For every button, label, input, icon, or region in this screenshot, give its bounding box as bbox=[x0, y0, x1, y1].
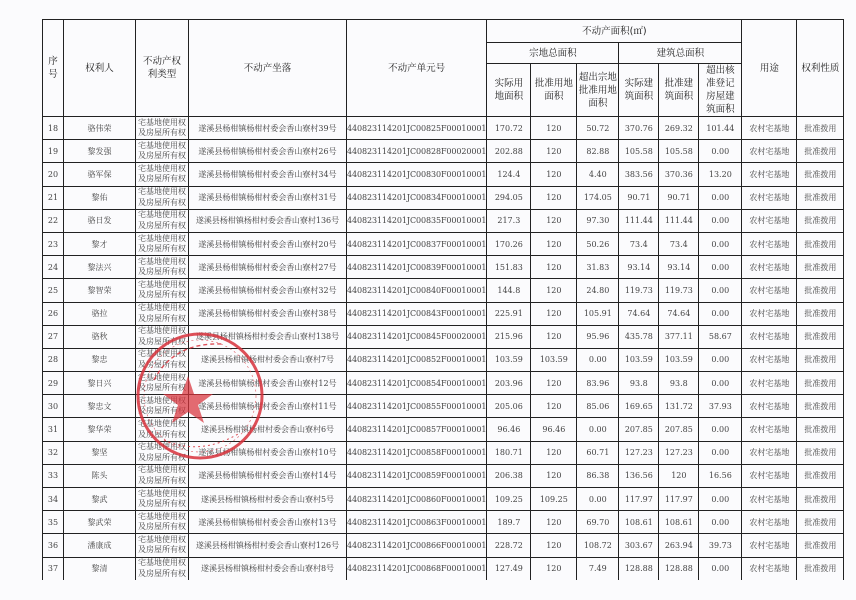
row-nature: 批准拨用 bbox=[797, 232, 844, 255]
row-nature: 批准拨用 bbox=[797, 163, 844, 186]
row-right-type: 宅基地使用权及房屋所有权 bbox=[136, 395, 189, 418]
row-unit-no: 440823114201JC00839F00010001 bbox=[347, 256, 487, 279]
row-right-type: 宅基地使用权及房屋所有权 bbox=[136, 534, 189, 557]
row-nature: 批准拨用 bbox=[797, 464, 844, 487]
row-bld-excess: 0.00 bbox=[699, 557, 742, 580]
row-location: 遂溪县杨柑镇杨柑村委会香山寮村14号 bbox=[189, 464, 347, 487]
row-land-actual: 109.25 bbox=[487, 488, 531, 511]
row-unit-no: 440823114201JC00834F00010001 bbox=[347, 186, 487, 209]
row-land-excess: 50.72 bbox=[577, 117, 619, 140]
header-land-excess: 超出宗地批准用地面积 bbox=[577, 64, 619, 117]
row-bld-approved: 93.8 bbox=[659, 372, 699, 395]
row-unit-no: 440823114201JC00845F00020001 bbox=[347, 325, 487, 348]
row-seq: 29 bbox=[43, 372, 64, 395]
row-owner: 骆伟荣 bbox=[64, 117, 136, 140]
table-row: 33陈头宅基地使用权及房屋所有权遂溪县杨柑镇杨柑村委会香山寮村14号440823… bbox=[43, 464, 844, 487]
table-row: 29黎日兴宅基地使用权及房屋所有权遂溪县杨柑镇杨柑村委会香山寮村12号44082… bbox=[43, 372, 844, 395]
row-land-approved: 120 bbox=[531, 209, 577, 232]
row-unit-no: 440823114201JC00830F00010001 bbox=[347, 163, 487, 186]
row-land-approved: 120 bbox=[531, 441, 577, 464]
row-owner: 黎忠文 bbox=[64, 395, 136, 418]
row-land-excess: 105.91 bbox=[577, 302, 619, 325]
header-bld-actual: 实际建筑面积 bbox=[619, 64, 659, 117]
row-bld-approved: 128.88 bbox=[659, 557, 699, 580]
row-location: 遂溪县杨柑镇杨柑村委会香山寮村27号 bbox=[189, 256, 347, 279]
row-seq: 24 bbox=[43, 256, 64, 279]
header-location: 不动产坐落 bbox=[189, 20, 347, 117]
row-location: 遂溪县杨柑镇杨柑村委会香山寮村13号 bbox=[189, 511, 347, 534]
row-land-actual: 151.83 bbox=[487, 256, 531, 279]
row-use: 农村宅基地 bbox=[742, 557, 797, 580]
row-bld-approved: 119.73 bbox=[659, 279, 699, 302]
row-use: 农村宅基地 bbox=[742, 163, 797, 186]
property-registry-table: 序号 权利人 不动产权利类型 不动产坐落 不动产单元号 不动产面积(㎡) 用途 … bbox=[42, 19, 844, 580]
row-bld-actual: 303.67 bbox=[619, 534, 659, 557]
row-land-excess: 83.96 bbox=[577, 372, 619, 395]
row-land-approved: 109.25 bbox=[531, 488, 577, 511]
row-land-approved: 120 bbox=[531, 511, 577, 534]
row-location: 遂溪县杨柑镇杨柑村委会香山寮村5号 bbox=[189, 488, 347, 511]
table-row: 30黎忠文宅基地使用权及房屋所有权遂溪县杨柑镇杨柑村委会香山寮村11号44082… bbox=[43, 395, 844, 418]
row-unit-no: 440823114201JC00858F00010001 bbox=[347, 441, 487, 464]
row-location: 遂溪县杨柑镇杨柑村委会香山寮村11号 bbox=[189, 395, 347, 418]
row-bld-actual: 435.78 bbox=[619, 325, 659, 348]
row-land-excess: 31.83 bbox=[577, 256, 619, 279]
row-land-excess: 7.49 bbox=[577, 557, 619, 580]
row-nature: 批准拨用 bbox=[797, 557, 844, 580]
header-area-group: 不动产面积(㎡) bbox=[487, 20, 742, 43]
row-land-actual: 215.96 bbox=[487, 325, 531, 348]
row-bld-actual: 93.8 bbox=[619, 372, 659, 395]
row-owner: 黎华荣 bbox=[64, 418, 136, 441]
header-land-approved: 批准用地面积 bbox=[531, 64, 577, 117]
row-seq: 37 bbox=[43, 557, 64, 580]
row-land-actual: 124.4 bbox=[487, 163, 531, 186]
header-right-type: 不动产权利类型 bbox=[136, 20, 189, 117]
row-location: 遂溪县杨柑镇杨柑村委会香山寮村32号 bbox=[189, 279, 347, 302]
row-land-actual: 206.38 bbox=[487, 464, 531, 487]
row-right-type: 宅基地使用权及房屋所有权 bbox=[136, 209, 189, 232]
row-land-actual: 217.3 bbox=[487, 209, 531, 232]
row-seq: 21 bbox=[43, 186, 64, 209]
row-unit-no: 440823114201JC00863F00010001 bbox=[347, 511, 487, 534]
row-land-excess: 174.05 bbox=[577, 186, 619, 209]
row-bld-approved: 103.59 bbox=[659, 348, 699, 371]
row-land-approved: 120 bbox=[531, 464, 577, 487]
row-bld-actual: 108.61 bbox=[619, 511, 659, 534]
row-seq: 28 bbox=[43, 348, 64, 371]
row-unit-no: 440823114201JC00857F00010001 bbox=[347, 418, 487, 441]
row-right-type: 宅基地使用权及房屋所有权 bbox=[136, 163, 189, 186]
row-use: 农村宅基地 bbox=[742, 325, 797, 348]
row-use: 农村宅基地 bbox=[742, 232, 797, 255]
table-row: 21黎佑宅基地使用权及房屋所有权遂溪县杨柑镇杨柑村委会香山寮村31号440823… bbox=[43, 186, 844, 209]
header-building-group: 建筑总面积 bbox=[619, 43, 742, 64]
row-land-actual: 202.88 bbox=[487, 140, 531, 163]
row-nature: 批准拨用 bbox=[797, 186, 844, 209]
row-bld-actual: 127.23 bbox=[619, 441, 659, 464]
row-seq: 22 bbox=[43, 209, 64, 232]
row-land-actual: 103.59 bbox=[487, 348, 531, 371]
row-land-actual: 203.96 bbox=[487, 372, 531, 395]
row-nature: 批准拨用 bbox=[797, 209, 844, 232]
table-row: 34黎武宅基地使用权及房屋所有权遂溪县杨柑镇杨柑村委会香山寮村5号4408231… bbox=[43, 488, 844, 511]
row-land-excess: 0.00 bbox=[577, 348, 619, 371]
row-owner: 骆军保 bbox=[64, 163, 136, 186]
row-seq: 18 bbox=[43, 117, 64, 140]
row-unit-no: 440823114201JC00840F00010001 bbox=[347, 279, 487, 302]
row-unit-no: 440823114201JC00843F00010001 bbox=[347, 302, 487, 325]
row-bld-excess: 0.00 bbox=[699, 302, 742, 325]
row-bld-approved: 377.11 bbox=[659, 325, 699, 348]
table-row: 18骆伟荣宅基地使用权及房屋所有权遂溪县杨柑镇杨柑村委会香山寮村39号44082… bbox=[43, 117, 844, 140]
row-bld-excess: 16.56 bbox=[699, 464, 742, 487]
row-owner: 黎发强 bbox=[64, 140, 136, 163]
row-bld-approved: 120 bbox=[659, 464, 699, 487]
row-bld-approved: 105.58 bbox=[659, 140, 699, 163]
row-location: 遂溪县杨柑镇杨柑村委会香山寮村34号 bbox=[189, 163, 347, 186]
row-bld-excess: 0.00 bbox=[699, 232, 742, 255]
header-nature: 权利性质 bbox=[797, 20, 844, 117]
row-land-actual: 294.05 bbox=[487, 186, 531, 209]
table-row: 27骆秋宅基地使用权及房屋所有权遂溪县杨柑镇杨柑村委会香山寮村138号44082… bbox=[43, 325, 844, 348]
table-row: 31黎华荣宅基地使用权及房屋所有权遂溪县杨柑镇杨柑村委会香山寮村6号440823… bbox=[43, 418, 844, 441]
row-right-type: 宅基地使用权及房屋所有权 bbox=[136, 140, 189, 163]
row-bld-excess: 58.67 bbox=[699, 325, 742, 348]
row-right-type: 宅基地使用权及房屋所有权 bbox=[136, 441, 189, 464]
row-bld-excess: 0.00 bbox=[699, 418, 742, 441]
row-unit-no: 440823114201JC00828F00020001 bbox=[347, 140, 487, 163]
row-land-actual: 225.91 bbox=[487, 302, 531, 325]
row-owner: 黎坚 bbox=[64, 441, 136, 464]
row-use: 农村宅基地 bbox=[742, 464, 797, 487]
row-bld-excess: 0.00 bbox=[699, 511, 742, 534]
row-location: 遂溪县杨柑镇杨柑村委会香山寮村38号 bbox=[189, 302, 347, 325]
row-location: 遂溪县杨柑镇杨柑村委会香山寮村138号 bbox=[189, 325, 347, 348]
row-bld-excess: 0.00 bbox=[699, 348, 742, 371]
row-unit-no: 440823114201JC00855F00010001 bbox=[347, 395, 487, 418]
row-bld-actual: 119.73 bbox=[619, 279, 659, 302]
row-location: 遂溪县杨柑镇杨柑村委会香山寮村126号 bbox=[189, 534, 347, 557]
row-land-excess: 82.88 bbox=[577, 140, 619, 163]
row-nature: 批准拨用 bbox=[797, 325, 844, 348]
row-land-excess: 85.06 bbox=[577, 395, 619, 418]
row-bld-actual: 103.59 bbox=[619, 348, 659, 371]
row-nature: 批准拨用 bbox=[797, 534, 844, 557]
row-land-excess: 0.00 bbox=[577, 418, 619, 441]
row-owner: 黎智荣 bbox=[64, 279, 136, 302]
row-seq: 26 bbox=[43, 302, 64, 325]
row-seq: 32 bbox=[43, 441, 64, 464]
row-right-type: 宅基地使用权及房屋所有权 bbox=[136, 279, 189, 302]
row-bld-excess: 0.00 bbox=[699, 256, 742, 279]
row-use: 农村宅基地 bbox=[742, 256, 797, 279]
row-land-approved: 120 bbox=[531, 302, 577, 325]
row-bld-actual: 207.85 bbox=[619, 418, 659, 441]
header-seq: 序号 bbox=[43, 20, 64, 117]
row-seq: 25 bbox=[43, 279, 64, 302]
row-bld-actual: 169.65 bbox=[619, 395, 659, 418]
row-bld-approved: 269.32 bbox=[659, 117, 699, 140]
row-bld-excess: 0.00 bbox=[699, 209, 742, 232]
row-bld-approved: 117.97 bbox=[659, 488, 699, 511]
row-bld-actual: 93.14 bbox=[619, 256, 659, 279]
header-unit-no: 不动产单元号 bbox=[347, 20, 487, 117]
table-row: 23黎才宅基地使用权及房屋所有权遂溪县杨柑镇杨柑村委会香山寮村20号440823… bbox=[43, 232, 844, 255]
row-unit-no: 440823114201JC00825F00010001 bbox=[347, 117, 487, 140]
row-land-excess: 95.96 bbox=[577, 325, 619, 348]
row-right-type: 宅基地使用权及房屋所有权 bbox=[136, 557, 189, 580]
row-nature: 批准拨用 bbox=[797, 395, 844, 418]
table-row: 36潘康成宅基地使用权及房屋所有权遂溪县杨柑镇杨柑村委会香山寮村126号4408… bbox=[43, 534, 844, 557]
row-use: 农村宅基地 bbox=[742, 488, 797, 511]
row-land-actual: 205.06 bbox=[487, 395, 531, 418]
row-seq: 27 bbox=[43, 325, 64, 348]
row-bld-approved: 207.85 bbox=[659, 418, 699, 441]
row-bld-approved: 73.4 bbox=[659, 232, 699, 255]
row-location: 遂溪县杨柑镇杨柑村委会香山寮村6号 bbox=[189, 418, 347, 441]
row-location: 遂溪县杨柑镇杨柑村委会香山寮村26号 bbox=[189, 140, 347, 163]
row-bld-excess: 0.00 bbox=[699, 441, 742, 464]
row-land-excess: 60.71 bbox=[577, 441, 619, 464]
row-nature: 批准拨用 bbox=[797, 418, 844, 441]
row-use: 农村宅基地 bbox=[742, 348, 797, 371]
row-bld-excess: 39.73 bbox=[699, 534, 742, 557]
row-owner: 骆拉 bbox=[64, 302, 136, 325]
row-right-type: 宅基地使用权及房屋所有权 bbox=[136, 325, 189, 348]
table-row: 25黎智荣宅基地使用权及房屋所有权遂溪县杨柑镇杨柑村委会香山寮村32号44082… bbox=[43, 279, 844, 302]
row-unit-no: 440823114201JC00837F00010001 bbox=[347, 232, 487, 255]
row-location: 遂溪县杨柑镇杨柑村委会香山寮村136号 bbox=[189, 209, 347, 232]
row-land-excess: 108.72 bbox=[577, 534, 619, 557]
row-owner: 黎武 bbox=[64, 488, 136, 511]
header-bld-approved: 批准建筑面积 bbox=[659, 64, 699, 117]
row-bld-actual: 136.56 bbox=[619, 464, 659, 487]
row-seq: 20 bbox=[43, 163, 64, 186]
row-nature: 批准拨用 bbox=[797, 348, 844, 371]
row-bld-approved: 131.72 bbox=[659, 395, 699, 418]
row-land-actual: 127.49 bbox=[487, 557, 531, 580]
row-nature: 批准拨用 bbox=[797, 256, 844, 279]
table-row: 22骆日发宅基地使用权及房屋所有权遂溪县杨柑镇杨柑村委会香山寮村136号4408… bbox=[43, 209, 844, 232]
row-land-actual: 170.26 bbox=[487, 232, 531, 255]
row-owner: 骆秋 bbox=[64, 325, 136, 348]
row-seq: 33 bbox=[43, 464, 64, 487]
row-bld-approved: 108.61 bbox=[659, 511, 699, 534]
row-land-approved: 120 bbox=[531, 372, 577, 395]
row-seq: 19 bbox=[43, 140, 64, 163]
row-location: 遂溪县杨柑镇杨柑村委会香山寮村12号 bbox=[189, 372, 347, 395]
row-land-approved: 120 bbox=[531, 279, 577, 302]
row-land-actual: 144.8 bbox=[487, 279, 531, 302]
row-land-actual: 180.71 bbox=[487, 441, 531, 464]
row-right-type: 宅基地使用权及房屋所有权 bbox=[136, 372, 189, 395]
row-bld-approved: 263.94 bbox=[659, 534, 699, 557]
table-row: 24黎法兴宅基地使用权及房屋所有权遂溪县杨柑镇杨柑村委会香山寮村27号44082… bbox=[43, 256, 844, 279]
row-nature: 批准拨用 bbox=[797, 302, 844, 325]
row-right-type: 宅基地使用权及房屋所有权 bbox=[136, 256, 189, 279]
table-row: 35黎武荣宅基地使用权及房屋所有权遂溪县杨柑镇杨柑村委会香山寮村13号44082… bbox=[43, 511, 844, 534]
row-location: 遂溪县杨柑镇杨柑村委会香山寮村8号 bbox=[189, 557, 347, 580]
row-bld-actual: 128.88 bbox=[619, 557, 659, 580]
row-nature: 批准拨用 bbox=[797, 441, 844, 464]
row-right-type: 宅基地使用权及房屋所有权 bbox=[136, 511, 189, 534]
row-use: 农村宅基地 bbox=[742, 372, 797, 395]
row-right-type: 宅基地使用权及房屋所有权 bbox=[136, 464, 189, 487]
row-bld-excess: 0.00 bbox=[699, 372, 742, 395]
table-row: 19黎发强宅基地使用权及房屋所有权遂溪县杨柑镇杨柑村委会香山寮村26号44082… bbox=[43, 140, 844, 163]
table-row: 20骆军保宅基地使用权及房屋所有权遂溪县杨柑镇杨柑村委会香山寮村34号44082… bbox=[43, 163, 844, 186]
row-owner: 黎法兴 bbox=[64, 256, 136, 279]
row-bld-excess: 0.00 bbox=[699, 279, 742, 302]
row-seq: 30 bbox=[43, 395, 64, 418]
row-bld-approved: 127.23 bbox=[659, 441, 699, 464]
row-land-approved: 120 bbox=[531, 117, 577, 140]
row-bld-excess: 0.00 bbox=[699, 186, 742, 209]
row-use: 农村宅基地 bbox=[742, 511, 797, 534]
row-land-excess: 69.70 bbox=[577, 511, 619, 534]
row-seq: 36 bbox=[43, 534, 64, 557]
row-land-approved: 103.59 bbox=[531, 348, 577, 371]
header-bld-excess: 超出核准登记房屋建筑面积 bbox=[699, 64, 742, 117]
row-nature: 批准拨用 bbox=[797, 279, 844, 302]
table-row: 26骆拉宅基地使用权及房屋所有权遂溪县杨柑镇杨柑村委会香山寮村38号440823… bbox=[43, 302, 844, 325]
row-land-approved: 120 bbox=[531, 186, 577, 209]
row-nature: 批准拨用 bbox=[797, 117, 844, 140]
row-land-actual: 96.46 bbox=[487, 418, 531, 441]
row-land-approved: 120 bbox=[531, 256, 577, 279]
row-unit-no: 440823114201JC00859F00010001 bbox=[347, 464, 487, 487]
row-use: 农村宅基地 bbox=[742, 186, 797, 209]
row-bld-actual: 74.64 bbox=[619, 302, 659, 325]
row-owner: 骆日发 bbox=[64, 209, 136, 232]
row-bld-approved: 370.36 bbox=[659, 163, 699, 186]
row-owner: 黎清 bbox=[64, 557, 136, 580]
row-bld-actual: 117.97 bbox=[619, 488, 659, 511]
row-bld-actual: 90.71 bbox=[619, 186, 659, 209]
row-land-actual: 170.72 bbox=[487, 117, 531, 140]
row-unit-no: 440823114201JC00860F00010001 bbox=[347, 488, 487, 511]
row-use: 农村宅基地 bbox=[742, 395, 797, 418]
row-right-type: 宅基地使用权及房屋所有权 bbox=[136, 232, 189, 255]
row-land-approved: 96.46 bbox=[531, 418, 577, 441]
row-use: 农村宅基地 bbox=[742, 302, 797, 325]
row-land-excess: 0.00 bbox=[577, 488, 619, 511]
row-owner: 潘康成 bbox=[64, 534, 136, 557]
row-land-excess: 97.30 bbox=[577, 209, 619, 232]
row-use: 农村宅基地 bbox=[742, 418, 797, 441]
row-land-actual: 189.7 bbox=[487, 511, 531, 534]
row-owner: 陈头 bbox=[64, 464, 136, 487]
row-land-approved: 120 bbox=[531, 557, 577, 580]
row-bld-approved: 90.71 bbox=[659, 186, 699, 209]
row-location: 遂溪县杨柑镇杨柑村委会香山寮村39号 bbox=[189, 117, 347, 140]
row-bld-actual: 383.56 bbox=[619, 163, 659, 186]
row-bld-excess: 0.00 bbox=[699, 140, 742, 163]
row-use: 农村宅基地 bbox=[742, 140, 797, 163]
row-seq: 23 bbox=[43, 232, 64, 255]
row-land-approved: 120 bbox=[531, 163, 577, 186]
row-bld-excess: 37.93 bbox=[699, 395, 742, 418]
row-use: 农村宅基地 bbox=[742, 209, 797, 232]
row-seq: 31 bbox=[43, 418, 64, 441]
row-bld-actual: 73.4 bbox=[619, 232, 659, 255]
row-bld-excess: 0.00 bbox=[699, 488, 742, 511]
row-location: 遂溪县杨柑镇杨柑村委会香山寮村10号 bbox=[189, 441, 347, 464]
row-unit-no: 440823114201JC00866F00010001 bbox=[347, 534, 487, 557]
row-unit-no: 440823114201JC00835F00010001 bbox=[347, 209, 487, 232]
row-right-type: 宅基地使用权及房屋所有权 bbox=[136, 186, 189, 209]
row-land-approved: 120 bbox=[531, 140, 577, 163]
row-right-type: 宅基地使用权及房屋所有权 bbox=[136, 302, 189, 325]
row-nature: 批准拨用 bbox=[797, 372, 844, 395]
row-unit-no: 440823114201JC00854F00010001 bbox=[347, 372, 487, 395]
header-land-group: 宗地总面积 bbox=[487, 43, 619, 64]
row-land-approved: 120 bbox=[531, 325, 577, 348]
table-row: 32黎坚宅基地使用权及房屋所有权遂溪县杨柑镇杨柑村委会香山寮村10号440823… bbox=[43, 441, 844, 464]
row-owner: 黎佑 bbox=[64, 186, 136, 209]
header-land-actual: 实际用地面积 bbox=[487, 64, 531, 117]
row-unit-no: 440823114201JC00852F00010001 bbox=[347, 348, 487, 371]
row-bld-approved: 93.14 bbox=[659, 256, 699, 279]
row-land-excess: 86.38 bbox=[577, 464, 619, 487]
row-use: 农村宅基地 bbox=[742, 117, 797, 140]
row-nature: 批准拨用 bbox=[797, 511, 844, 534]
row-location: 遂溪县杨柑镇杨柑村委会香山寮村31号 bbox=[189, 186, 347, 209]
row-bld-excess: 101.44 bbox=[699, 117, 742, 140]
row-seq: 34 bbox=[43, 488, 64, 511]
row-bld-actual: 111.44 bbox=[619, 209, 659, 232]
header-use: 用途 bbox=[742, 20, 797, 117]
row-owner: 黎日兴 bbox=[64, 372, 136, 395]
row-bld-actual: 105.58 bbox=[619, 140, 659, 163]
row-bld-approved: 111.44 bbox=[659, 209, 699, 232]
row-land-excess: 50.26 bbox=[577, 232, 619, 255]
row-land-actual: 228.72 bbox=[487, 534, 531, 557]
row-right-type: 宅基地使用权及房屋所有权 bbox=[136, 348, 189, 371]
row-land-approved: 120 bbox=[531, 232, 577, 255]
row-nature: 批准拨用 bbox=[797, 140, 844, 163]
table-row: 28黎忠宅基地使用权及房屋所有权遂溪县杨柑镇杨柑村委会香山寮村7号4408231… bbox=[43, 348, 844, 371]
row-location: 遂溪县杨柑镇杨柑村委会香山寮村20号 bbox=[189, 232, 347, 255]
header-owner: 权利人 bbox=[64, 20, 136, 117]
row-right-type: 宅基地使用权及房屋所有权 bbox=[136, 418, 189, 441]
row-owner: 黎才 bbox=[64, 232, 136, 255]
table-row: 37黎清宅基地使用权及房屋所有权遂溪县杨柑镇杨柑村委会香山寮村8号4408231… bbox=[43, 557, 844, 580]
row-use: 农村宅基地 bbox=[742, 534, 797, 557]
row-land-excess: 24.80 bbox=[577, 279, 619, 302]
row-seq: 35 bbox=[43, 511, 64, 534]
row-use: 农村宅基地 bbox=[742, 441, 797, 464]
row-bld-approved: 74.64 bbox=[659, 302, 699, 325]
row-unit-no: 440823114201JC00868F00010001 bbox=[347, 557, 487, 580]
row-land-approved: 120 bbox=[531, 534, 577, 557]
row-location: 遂溪县杨柑镇杨柑村委会香山寮村7号 bbox=[189, 348, 347, 371]
row-right-type: 宅基地使用权及房屋所有权 bbox=[136, 117, 189, 140]
row-owner: 黎武荣 bbox=[64, 511, 136, 534]
row-nature: 批准拨用 bbox=[797, 488, 844, 511]
row-right-type: 宅基地使用权及房屋所有权 bbox=[136, 488, 189, 511]
row-land-excess: 4.40 bbox=[577, 163, 619, 186]
row-bld-excess: 13.20 bbox=[699, 163, 742, 186]
row-bld-actual: 370.76 bbox=[619, 117, 659, 140]
row-owner: 黎忠 bbox=[64, 348, 136, 371]
row-use: 农村宅基地 bbox=[742, 279, 797, 302]
row-land-approved: 120 bbox=[531, 395, 577, 418]
